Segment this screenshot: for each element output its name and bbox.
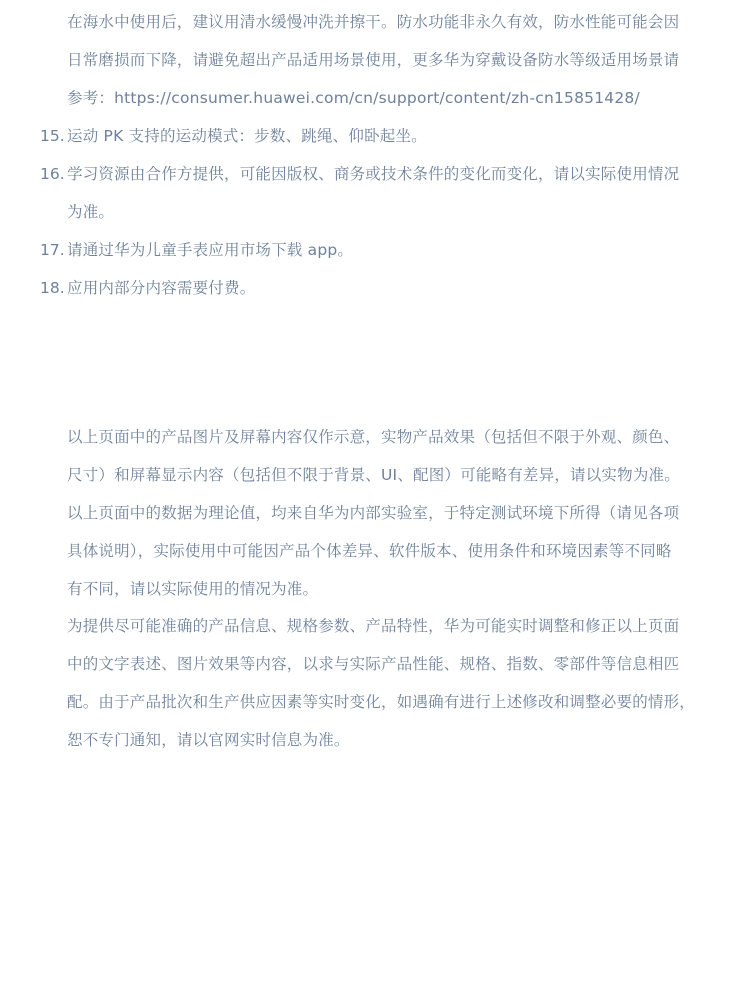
- support-link[interactable]: 参考：https://consumer.huawei.com/cn/suppor…: [67, 88, 640, 108]
- note-text-line: 为准。: [67, 202, 114, 222]
- disclaimer-line: 恕不专门通知，请以官网实时信息为准。: [67, 730, 350, 750]
- note-text-line: 运动 PK 支持的运动模式：步数、跳绳、仰卧起坐。: [67, 126, 427, 146]
- note-number: 16.: [40, 164, 65, 184]
- disclaimer-line: 具体说明），实际使用中可能因产品个体差异、软件版本、使用条件和环境因素等不同略: [67, 541, 672, 561]
- disclaimer-line: 为提供尽可能准确的产品信息、规格参数、产品特性，华为可能实时调整和修正以上页面: [67, 616, 679, 636]
- disclaimer-line: 中的文字表述、图片效果等内容，以求与实际产品性能、规格、指数、零部件等信息相匹: [67, 654, 679, 674]
- note-text-line: 应用内部分内容需要付费。: [67, 278, 255, 298]
- disclaimer-line: 以上页面中的产品图片及屏幕内容仅作示意，实物产品效果（包括但不限于外观、颜色、: [67, 427, 679, 447]
- disclaimer-line: 以上页面中的数据为理论值，均来自华为内部实验室，于特定测试环境下所得（请见各项: [67, 503, 679, 523]
- note-number: 15.: [40, 126, 65, 146]
- note-number: 18.: [40, 278, 65, 298]
- note-text-line: 学习资源由合作方提供，可能因版权、商务或技术条件的变化而变化，请以实际使用情况: [67, 164, 679, 184]
- note-number: 17.: [40, 240, 65, 260]
- note-text-line: 请通过华为儿童手表应用市场下载 app。: [67, 240, 353, 260]
- note-text-line: 在海水中使用后，建议用清水缓慢冲洗并擦干。防水功能非永久有效，防水性能可能会因: [67, 12, 679, 32]
- disclaimer-line: 尺寸）和屏幕显示内容（包括但不限于背景、UI、配图）可能略有差异，请以实物为准。: [67, 465, 680, 485]
- disclaimer-line: 有不同，请以实际使用的情况为准。: [67, 579, 318, 599]
- disclaimer-line: 配。由于产品批次和生产供应因素等实时变化，如遇确有进行上述修改和调整必要的情形，: [67, 692, 695, 712]
- note-text-line: 日常磨损而下降，请避免超出产品适用场景使用，更多华为穿戴设备防水等级适用场景请: [67, 50, 679, 70]
